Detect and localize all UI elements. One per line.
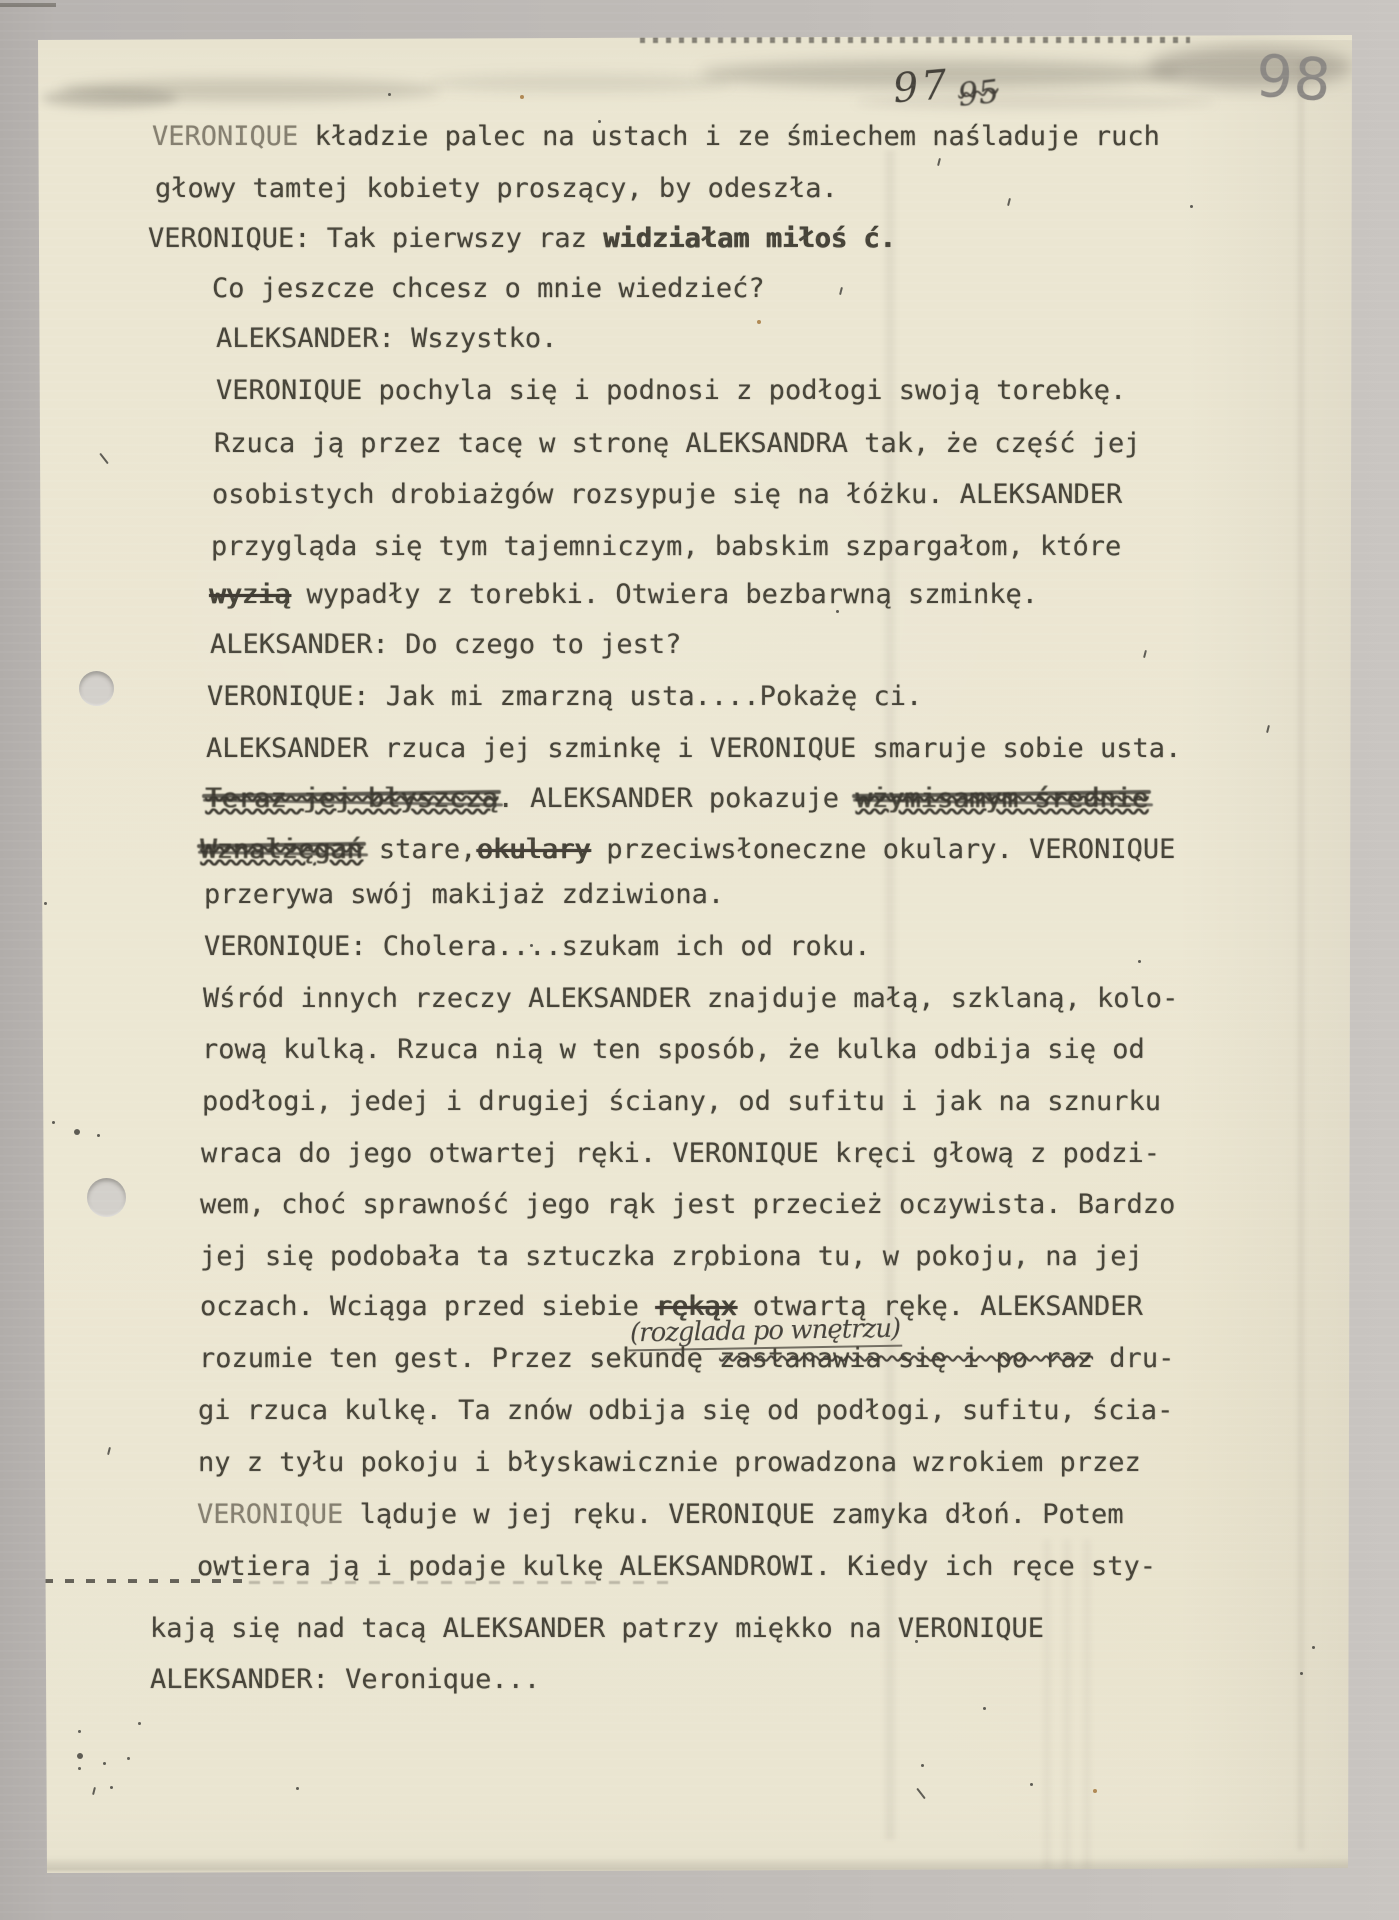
ink-speck [598,120,601,123]
typed-text-segment: przeciwsłoneczne okulary. VERONIQUE [590,834,1175,865]
paper-crease [1030,1540,1100,1870]
ink-speck [388,93,391,96]
paper-bottom-edge-shadow [40,1857,1352,1871]
typed-text-segment: podłogi, jedej i drugiej ściany, od sufi… [202,1086,1161,1117]
ink-speck [520,95,524,99]
scanned-document: { "page_annotations": { "handwritten_num… [0,0,1399,1920]
typed-line: VERONIQUE pochyla się i podnosi z podłog… [216,374,1126,408]
ink-speck [757,320,761,324]
ink-speck [1300,1672,1303,1675]
typed-text-segment: Wznałżęgań [200,834,363,865]
paper-crease [1296,60,1306,1850]
handwritten-page-number: 97 [891,62,952,113]
typed-text-segment: VERONIQUE [152,121,298,152]
ink-speck [103,1762,106,1765]
ink-speck [110,1786,113,1789]
punch-hole [79,671,114,706]
typed-line: ALEKSANDER: Do czego to jest? [210,628,681,662]
ink-speck [99,453,109,464]
scan-shading [1180,40,1352,1870]
typed-line: wraca do jego otwartej ręki. VERONIQUE k… [201,1137,1160,1171]
typed-text-segment: przygląda się tym tajemniczym, babskim s… [211,531,1121,562]
typed-text-segment: VERONIQUE: Cholera....szukam ich od roku… [204,931,870,962]
handwritten-page-number-struck: 95 [956,72,1001,115]
typed-line: owtiera ją i podaje kulkę ALEKSANDROWI. … [197,1550,1156,1584]
ink-speck [1143,650,1147,658]
typed-line: Wśród innych rzeczy ALEKSANDER znajduje … [203,982,1178,1016]
ink-speck [30,907,33,910]
typed-line: Rzuca ją przez tacę w stronę ALEKSANDRA … [214,427,1141,461]
typed-line: ny z tyłu pokoju i błyskawicznie prowadz… [198,1446,1141,1480]
ink-speck [1030,1783,1033,1786]
typed-line: VERONIQUE: Jak mi zmarzną usta....Pokażę… [207,680,922,714]
typed-text-segment: okulary [476,834,590,865]
typed-text-segment: Co jeszcze chcesz o mnie wiedzieć? [212,273,765,304]
ink-speck [74,1129,80,1135]
typed-line: przygląda się tym tajemniczym, babskim s… [211,530,1121,564]
scan-edge-dots [640,37,1190,43]
typed-line: Wznałżęgań stare,okulary przeciwsłoneczn… [200,833,1175,867]
typed-text-segment: dru- [1093,1343,1174,1374]
typed-line: VERONIQUE: Cholera....szukam ich od roku… [204,930,870,964]
typed-line: kają się nad tacą ALEKSANDER patrzy mięk… [150,1612,1044,1646]
typed-text-segment: stare, [363,834,477,865]
typed-line: jej się podobała ta sztuczka zrobiona tu… [200,1240,1143,1274]
ink-speck [107,1447,111,1455]
typed-text-segment: Wśród innych rzeczy ALEKSANDER znajduje … [203,983,1178,1014]
ink-speck [915,1640,918,1643]
typed-text-segment: ny z tyłu pokoju i błyskawicznie prowadz… [198,1447,1141,1478]
scan-smudge [430,74,730,92]
ink-speck [530,944,533,947]
typed-line: wyzią wypadły z torebki. Otwiera bezbarw… [209,578,1038,612]
scan-smudge [42,88,177,108]
typed-text-segment: oczach. Wciąga przed siebie [200,1291,655,1322]
ink-speck [44,902,47,905]
typed-line: VERONIQUE kładzie palec na ustach i ze ś… [152,120,1160,154]
typed-line: przerywa swój makijaż zdziwiona. [204,878,724,912]
pencil-page-number: 98 [1254,41,1334,114]
typed-text-segment: ALEKSANDER: Wszystko. [216,323,557,354]
typed-text-segment: głowy tamtej kobiety proszący, by odeszł… [155,173,838,204]
ink-speck [41,1894,51,1905]
typed-line: ALEKSANDER rzuca jej szminkę i VERONIQUE… [206,732,1181,766]
ink-speck [1093,1789,1097,1793]
typed-text-segment: wraca do jego otwartej ręki. VERONIQUE k… [201,1138,1160,1169]
typed-text-segment: Teraz jej błyszczą [205,783,498,814]
typed-text-segment: wypadły z torebki. Otwiera bezbarwną szm… [290,579,1038,610]
punch-hole [87,1178,126,1217]
ink-speck [78,1730,81,1733]
typed-text-segment: VERONIQUE: Tak pierwszy raz [148,223,603,254]
typed-text-segment: VERONIQUE pochyla się i podnosi z podłog… [216,375,1126,406]
paper-page: 97 95 98 VERONIQUE kładzie palec na usta… [0,0,1399,1920]
typed-text-segment: ALEKSANDER: Veronique... [150,1664,540,1695]
typed-line: gi rzuca kulkę. Ta znów odbija się od po… [198,1394,1173,1428]
typed-text-segment: widziałam miłoś ć. [603,223,896,254]
scan-dash-artifact [44,1579,249,1583]
ink-speck [559,1888,563,1896]
typed-line: ALEKSANDER: Veronique... [150,1663,540,1697]
typed-line: rową kulką. Rzuca nią w ten sposób, że k… [202,1033,1145,1067]
typed-line: VERONIQUE ląduje w jej ręku. VERONIQUE z… [197,1498,1124,1532]
typed-text-segment: ALEKSANDER: Do czego to jest? [210,629,681,660]
typed-text-segment: ląduje w jej ręku. VERONIQUE zamyka dłoń… [343,1499,1123,1530]
typed-text-segment: VERONIQUE: Jak mi zmarzną usta....Pokażę… [207,681,922,712]
ink-speck [839,287,843,295]
typed-text-segment: owtiera ją i podaje kulkę ALEKSANDROWI. … [197,1551,1156,1582]
ink-speck [937,158,941,166]
ink-speck [78,1767,81,1770]
ink-speck [1312,1646,1315,1649]
typed-text-segment: osobistych drobiażgów rozsypuje się na ł… [212,479,1122,510]
ink-speck [52,1121,55,1124]
typed-text-segment: rową kulką. Rzuca nią w ten sposób, że k… [202,1034,1145,1065]
ink-speck [1190,205,1193,208]
typed-line: Teraz jej błyszczą. ALEKSANDER pokazuje … [205,782,1148,816]
ink-speck [77,1753,83,1759]
ink-speck [296,1787,299,1790]
ink-speck [916,1788,926,1799]
scan-dash-artifact [249,1581,679,1584]
typed-text-segment: . ALEKSANDER pokazuje [498,783,856,814]
ink-speck [1007,198,1011,206]
ink-speck [360,232,363,235]
typed-line: VERONIQUE: Tak pierwszy raz widziałam mi… [148,222,896,256]
ink-speck [1138,960,1141,963]
typed-line: głowy tamtej kobiety proszący, by odeszł… [155,172,838,206]
typed-text-segment: wem, choć sprawność jego rąk jest przeci… [200,1189,1175,1220]
typed-text-segment: wyzią [209,579,290,610]
ink-speck [836,610,839,613]
scan-edge-artifact [0,3,56,7]
typed-text-segment: jej się podobała ta sztuczka zrobiona tu… [200,1241,1143,1272]
typed-line: wem, choć sprawność jego rąk jest przeci… [200,1188,1175,1222]
typed-line: Co jeszcze chcesz o mnie wiedzieć? [212,272,765,306]
typed-line: osobistych drobiażgów rozsypuje się na ł… [212,478,1122,512]
typed-text-segment: VERONIQUE [197,1499,343,1530]
typed-text-segment: gi rzuca kulkę. Ta znów odbija się od po… [198,1395,1173,1426]
typed-text-segment: ALEKSANDER rzuca jej szminkę i VERONIQUE… [206,733,1181,764]
ink-speck [92,1787,96,1795]
typed-text-segment: Rzuca ją przez tacę w stronę ALEKSANDRA … [214,428,1141,459]
typed-text-segment: wżymisamym średnie [855,783,1148,814]
ink-speck [127,1757,130,1760]
typed-line: ALEKSANDER: Wszystko. [216,322,557,356]
typed-text-segment: przerywa swój makijaż zdziwiona. [204,879,724,910]
typed-text-segment: kładzie palec na ustach i ze śmiechem na… [298,121,1160,152]
handwritten-annotation: (rozglada po wnętrzu) [628,1314,903,1352]
ink-speck [97,1134,100,1137]
typed-line: podłogi, jedej i drugiej ściany, od sufi… [202,1085,1161,1119]
ink-speck [138,1722,141,1725]
ink-speck [983,1707,986,1710]
ink-speck [921,1764,924,1767]
typed-text-segment: kają się nad tacą ALEKSANDER patrzy mięk… [150,1613,1044,1644]
